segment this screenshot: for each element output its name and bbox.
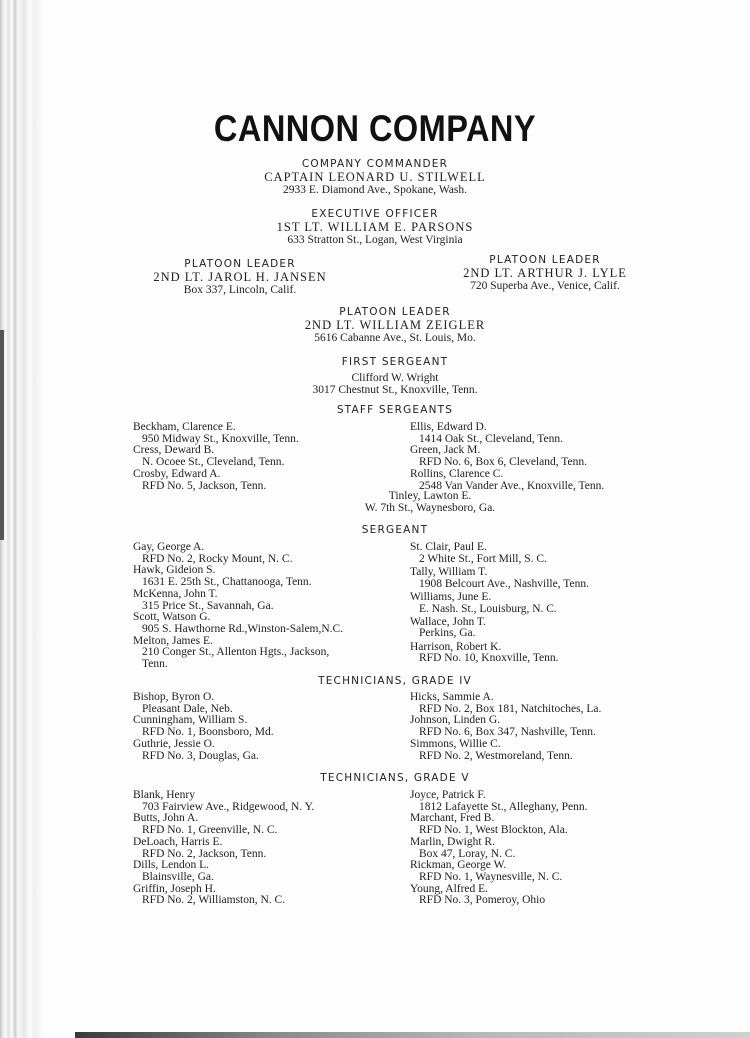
person-name: Crosby, Edward A. xyxy=(133,469,299,481)
roster-entry: Wallace, John T.Perkins, Ga. xyxy=(410,617,589,640)
staff-sergeants-right-column: Ellis, Edward D.1414 Oak St., Cleveland,… xyxy=(410,422,604,492)
roster-entry: Crosby, Edward A.RFD No. 5, Jackson, Ten… xyxy=(133,469,299,492)
person-address: 905 S. Hawthorne Rd.,Winston-Salem,N.C. xyxy=(133,624,343,636)
roster-entry: Williams, June E.E. Nash. St., Louisburg… xyxy=(410,592,589,615)
section-heading: STAFF SERGEANTS xyxy=(0,404,750,416)
platoon-leader-block: PLATOON LEADER 2ND LT. WILLIAM ZEIGLER 5… xyxy=(0,305,750,344)
section-heading: TECHNICIANS, GRADE V xyxy=(0,772,750,784)
section-heading: COMPANY COMMANDER xyxy=(0,157,750,171)
officer-address: 2933 E. Diamond Ave., Spokane, Wash. xyxy=(0,184,750,196)
person-name: Tinley, Lawton E. xyxy=(110,491,750,503)
person-address: Blainsville, Ga. xyxy=(133,872,314,884)
roster-entry: Tally, William T.1908 Belcourt Ave., Nas… xyxy=(410,567,589,590)
roster-entry: Dills, Lendon L.Blainsville, Ga. xyxy=(133,860,314,883)
section-heading: FIRST SERGEANT xyxy=(40,355,750,369)
person-address: RFD No. 3, Douglas, Ga. xyxy=(133,751,274,763)
person-name: Beckham, Clarence E. xyxy=(133,422,299,434)
roster-entry: Beckham, Clarence E.950 Midway St., Knox… xyxy=(133,422,299,445)
section-heading: TECHNICIANS, GRADE IV xyxy=(0,675,750,687)
roster-entry: Hawk, Gideion S.1631 E. 25th St., Chatta… xyxy=(133,565,343,588)
roster-entry: Joyce, Patrick F.1812 Lafayette St., All… xyxy=(410,790,588,813)
technicians-4-right-column: Hicks, Sammie A.RFD No. 2, Box 181, Natc… xyxy=(410,692,601,762)
roster-entry: Johnson, Linden G.RFD No. 6, Box 347, Na… xyxy=(410,715,601,738)
executive-officer-block: EXECUTIVE OFFICER 1ST LT. WILLIAM E. PAR… xyxy=(0,207,750,246)
person-address: E. Nash. St., Louisburg, N. C. xyxy=(410,604,589,616)
scan-binding-edge xyxy=(0,0,44,1038)
person-name: McKenna, John T. xyxy=(133,589,343,601)
person-name: Williams, June E. xyxy=(410,592,589,604)
section-heading: PLATOON LEADER xyxy=(40,305,750,319)
page-title: CANNON COMPANY xyxy=(45,108,705,150)
person-address: RFD No. 1, Waynesville, N. C. xyxy=(410,872,588,884)
technicians-5-left-column: Blank, Henry703 Fairview Ave., Ridgewood… xyxy=(133,790,314,907)
roster-entry: Harrison, Robert K.RFD No. 10, Knoxville… xyxy=(410,642,589,665)
person-name: Marlin, Dwight R. xyxy=(410,837,588,849)
person-name: Hicks, Sammie A. xyxy=(410,692,601,704)
person-name: Clifford W. Wright xyxy=(40,372,750,384)
roster-entry: Griffin, Joseph H.RFD No. 2, Williamston… xyxy=(133,884,314,907)
roster-entry: Gay, George A.RFD No. 2, Rocky Mount, N.… xyxy=(133,542,343,565)
technicians-5-right-column: Joyce, Patrick F.1812 Lafayette St., All… xyxy=(410,790,588,907)
person-name: DeLoach, Harris E. xyxy=(133,837,314,849)
roster-entry: Hicks, Sammie A.RFD No. 2, Box 181, Natc… xyxy=(410,692,601,715)
roster-entry: Marchant, Fred B.RFD No. 1, West Blockto… xyxy=(410,813,588,836)
person-name: Rollins, Clarence C. xyxy=(410,469,604,481)
company-commander-block: COMPANY COMMANDER CAPTAIN LEONARD U. STI… xyxy=(0,157,750,196)
roster-entry: Cress, Deward B.N. Ocoee St., Cleveland,… xyxy=(133,445,299,468)
person-name: Joyce, Patrick F. xyxy=(410,790,588,802)
roster-entry: Butts, John A.RFD No. 1, Greenville, N. … xyxy=(133,813,314,836)
roster-entry: DeLoach, Harris E.RFD No. 2, Jackson, Te… xyxy=(133,837,314,860)
roster-entry: Simmons, Willie C.RFD No. 2, Westmorelan… xyxy=(410,739,601,762)
roster-entry: Bishop, Byron O.Pleasant Dale, Neb. xyxy=(133,692,274,715)
person-name: Gay, George A. xyxy=(133,542,343,554)
person-name: Simmons, Willie C. xyxy=(410,739,601,751)
scan-bottom-edge xyxy=(75,1032,750,1038)
officer-address: 633 Stratton St., Logan, West Virginia xyxy=(0,234,750,246)
officer-name: 1ST LT. WILLIAM E. PARSONS xyxy=(0,221,750,234)
first-sergeant-block: FIRST SERGEANT Clifford W. Wright 3017 C… xyxy=(0,355,750,396)
person-name: Tally, William T. xyxy=(410,567,589,579)
person-address: 3017 Chestnut St., Knoxville, Tenn. xyxy=(40,384,750,396)
roster-entry: St. Clair, Paul E.2 White St., Fort Mill… xyxy=(410,542,589,565)
roster-entry: Rickman, George W.RFD No. 1, Waynesville… xyxy=(410,860,588,883)
roster-entry: Guthrie, Jessie O.RFD No. 3, Douglas, Ga… xyxy=(133,739,274,762)
roster-entry: Green, Jack M.RFD No. 6, Box 6, Clevelan… xyxy=(410,445,604,468)
roster-entry: Cunningham, William S.RFD No. 1, Boonsbo… xyxy=(133,715,274,738)
officer-name: 2ND LT. JAROL H. JANSEN xyxy=(150,271,330,284)
person-address: RFD No. 10, Knoxville, Tenn. xyxy=(410,653,589,665)
section-heading: PLATOON LEADER xyxy=(425,253,665,267)
platoon-leader-block: PLATOON LEADER 2ND LT. ARTHUR J. LYLE 72… xyxy=(425,253,665,292)
roster-entry: Melton, James E.210 Conger St., Allenton… xyxy=(133,636,343,671)
officer-address: 720 Superba Ave., Venice, Calif. xyxy=(425,280,665,292)
person-name: Blank, Henry xyxy=(133,790,314,802)
roster-entry: Rollins, Clarence C.2548 Van Vander Ave.… xyxy=(410,469,604,492)
person-address: RFD No. 3, Pomeroy, Ohio xyxy=(410,895,588,907)
roster-entry: Ellis, Edward D.1414 Oak St., Cleveland,… xyxy=(410,422,604,445)
roster-entry: Scott, Watson G.905 S. Hawthorne Rd.,Win… xyxy=(133,612,343,635)
person-address: 2 White St., Fort Mill, S. C. xyxy=(410,554,589,566)
person-name: Ellis, Edward D. xyxy=(410,422,604,434)
officer-name: 2ND LT. WILLIAM ZEIGLER xyxy=(40,319,750,332)
person-name: Bishop, Byron O. xyxy=(133,692,274,704)
person-address: Perkins, Ga. xyxy=(410,628,589,640)
person-address: RFD No. 2, Williamston, N. C. xyxy=(133,895,314,907)
person-address: W. 7th St., Waynesboro, Ga. xyxy=(110,503,750,515)
person-address: RFD No. 2, Westmoreland, Tenn. xyxy=(410,751,601,763)
roster-entry: Blank, Henry703 Fairview Ave., Ridgewood… xyxy=(133,790,314,813)
section-heading: PLATOON LEADER xyxy=(150,257,330,271)
section-heading: EXECUTIVE OFFICER xyxy=(0,207,750,221)
technicians-4-left-column: Bishop, Byron O.Pleasant Dale, Neb.Cunni… xyxy=(133,692,274,762)
section-heading: SERGEANT xyxy=(0,524,750,536)
officer-address: 5616 Cabanne Ave., St. Louis, Mo. xyxy=(40,332,750,344)
sergeant-right-column: St. Clair, Paul E.2 White St., Fort Mill… xyxy=(410,542,589,667)
officer-name: CAPTAIN LEONARD U. STILWELL xyxy=(0,171,750,184)
officer-name: 2ND LT. ARTHUR J. LYLE xyxy=(425,267,665,280)
person-name: Guthrie, Jessie O. xyxy=(133,739,274,751)
roster-entry: Young, Alfred E.RFD No. 3, Pomeroy, Ohio xyxy=(410,884,588,907)
person-address: 1908 Belcourt Ave., Nashville, Tenn. xyxy=(410,579,589,591)
officer-address: Box 337, Lincoln, Calif. xyxy=(150,284,330,296)
person-name: St. Clair, Paul E. xyxy=(410,542,589,554)
roster-entry: McKenna, John T.315 Price St., Savannah,… xyxy=(133,589,343,612)
sergeant-left-column: Gay, George A.RFD No. 2, Rocky Mount, N.… xyxy=(133,542,343,671)
platoon-leader-block: PLATOON LEADER 2ND LT. JAROL H. JANSEN B… xyxy=(150,257,330,296)
roster-entry: Marlin, Dwight R.Box 47, Loray, N. C. xyxy=(410,837,588,860)
staff-sergeant-center-entry: Tinley, Lawton E. W. 7th St., Waynesboro… xyxy=(0,491,750,514)
staff-sergeants-left-column: Beckham, Clarence E.950 Midway St., Knox… xyxy=(133,422,299,492)
person-address-continued: Tenn. xyxy=(133,659,343,671)
